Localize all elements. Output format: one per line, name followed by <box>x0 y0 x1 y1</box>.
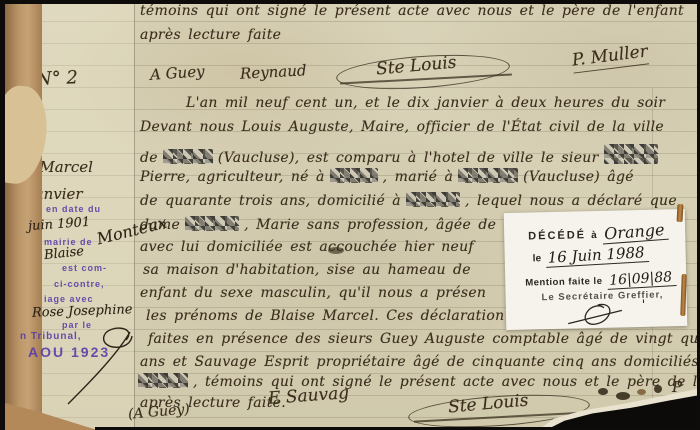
redaction-block <box>604 144 658 164</box>
scan-edge-top <box>0 0 700 4</box>
greffier-signature <box>564 300 629 327</box>
label-date-handwritten: 16 Juin 1988 <box>546 243 650 268</box>
act-line: dame, Marie sans profession, âgée de qu <box>140 216 522 233</box>
act-line: Devant nous Louis Auguste, Maire, offici… <box>140 119 664 135</box>
act-line-fragment: de quarante trois ans, domicilié à <box>140 193 401 209</box>
signature-guey-top: A Guey <box>149 62 205 84</box>
act-line: ans et Sauvage Esprit propriétaire âgé d… <box>140 354 700 370</box>
ink-blot <box>654 385 662 393</box>
act-line: après lecture faite <box>140 27 281 43</box>
label-row-mention: Mention faite le 16|09|88 <box>525 267 677 290</box>
act-line: , témoins qui ont signé le présent acte … <box>133 373 700 390</box>
redaction-block <box>330 168 378 183</box>
label-row-date: le 16 Juin 1988 <box>532 244 649 267</box>
act-line-fragment: (Vaucluse) âgé <box>523 169 634 185</box>
stamp-line-ci-contre: ci-contre, <box>54 279 105 289</box>
signature-tick: ' <box>642 298 646 313</box>
label-mention-print: Mention faite le <box>525 276 602 289</box>
label-place-handwritten: Orange <box>601 220 669 245</box>
act-line-fragment: , lequel nous a déclaré que <box>465 193 677 209</box>
signature-reynaud: Reynaud <box>240 61 307 82</box>
ink-blot <box>616 392 630 400</box>
signature-muller: P. Muller <box>571 41 649 73</box>
binding-strip <box>5 0 42 430</box>
redaction-block <box>406 192 460 207</box>
ink-blot <box>637 389 646 395</box>
scan-edge-left <box>0 0 5 430</box>
death-mention-label: DÉCÉDÉ à Orange le 16 Juin 1988 Mention … <box>504 209 688 330</box>
label-le-print: le <box>533 253 542 264</box>
act-number: N° 2 <box>36 67 79 89</box>
signature-sauvage: E Sauvag <box>267 383 349 409</box>
act-line-fragment: Pierre, agriculteur, né à <box>140 169 325 185</box>
act-line: témoins qui ont signé le présent acte av… <box>140 3 684 19</box>
act-line-fragment: , Marie sans profession, âgée de qu <box>244 217 522 233</box>
act-line-fragment: de <box>140 150 158 166</box>
ink-smudge <box>328 247 344 254</box>
act-line: sa maison d'habitation, sise au hameau d… <box>143 262 471 278</box>
act-line: L'an mil neuf cent un, et le dix janvier… <box>186 95 665 111</box>
act-line: faites en présence des sieurs Guey Augus… <box>148 331 700 347</box>
stamp-line-est-com: est com- <box>62 263 107 273</box>
redaction-block <box>163 149 213 164</box>
margin-signature-flourish <box>64 324 146 410</box>
label-a-print: à <box>591 230 597 241</box>
act-line-fragment: , marié à <box>383 169 453 185</box>
act-line: avec lui domiciliée est accouchée hier n… <box>140 239 474 255</box>
label-mention-date-handwritten: 16|09|88 <box>607 269 677 290</box>
act-line-fragment: (Vaucluse), est comparu à l'hotel de vil… <box>218 150 599 166</box>
act-line: Pierre, agriculteur, né à, marié à(Vaucl… <box>140 168 634 185</box>
redaction-block <box>185 216 239 231</box>
act-line: de quarante trois ans, domicilié à, lequ… <box>140 192 677 209</box>
act-line-fragment: , témoins qui ont signé le présent acte … <box>193 374 700 390</box>
label-row-decede: DÉCÉDÉ à Orange <box>528 221 668 244</box>
scanned-register-page: N° 2 se Marcel janvier en date du juin 1… <box>0 0 700 430</box>
label-decede-print: DÉCÉDÉ <box>528 229 586 242</box>
stamp-line-mariage: iage avec <box>44 294 94 304</box>
staple <box>677 204 684 222</box>
redaction-block <box>458 168 518 183</box>
ink-blot <box>598 388 608 395</box>
act-line: enfant du sexe masculin, qu'il nous a pr… <box>140 285 486 301</box>
act-line: les prénoms de Blaise Marcel. Ces déclar… <box>146 308 504 324</box>
act-line: de(Vaucluse), est comparu à l'hotel de v… <box>140 144 663 166</box>
stamp-line-date-label: en date du <box>46 204 101 214</box>
